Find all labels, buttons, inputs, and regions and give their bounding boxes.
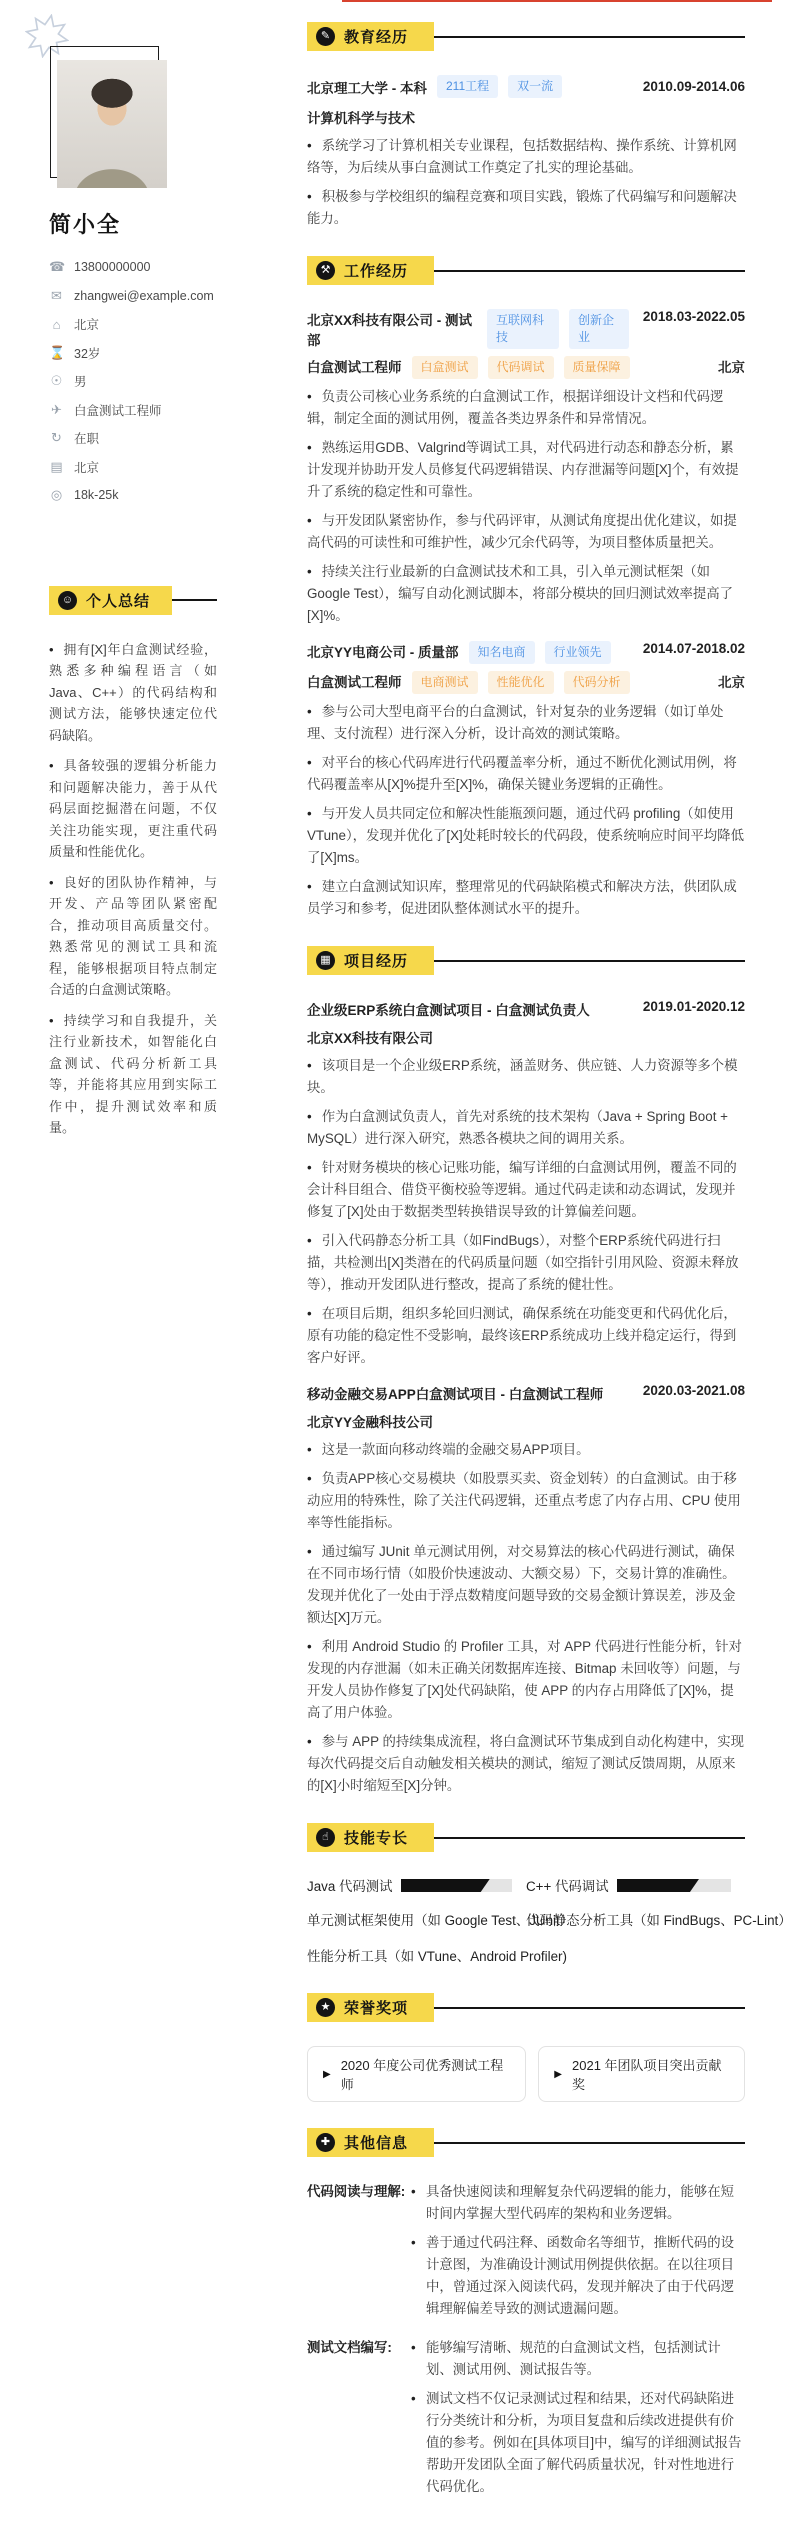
bullet-item: 拥有[X]年白盒测试经验，熟悉多种编程语言（如 Java、C++）的代码结构和测… (49, 639, 217, 747)
section-skills: ☝ 技能专长 Java 代码测试 C++ 代码调试 单元测试框架使用（如 Goo… (307, 1823, 745, 1967)
bullet-item: 利用 Android Studio 的 Profiler 工具，对 APP 代码… (307, 1636, 745, 1724)
bullet-item: 针对财务模块的核心记账功能，编写详细的白盒测试用例，覆盖不同的会计科目组合、借贷… (307, 1157, 745, 1223)
skill-bar-fill (617, 1879, 699, 1892)
bullet-item: 熟练运用GDB、Valgrind等调试工具，对代码进行动态和静态分析，累计发现并… (307, 437, 745, 503)
skill-bar-track (401, 1879, 512, 1892)
role-tag: 质量保障 (564, 356, 630, 379)
contact-age: ⌛ 32岁 (49, 339, 217, 368)
section-divider (434, 2007, 745, 2009)
contact-value: 18k-25k (74, 488, 118, 502)
bullet-item: 能够编写清晰、规范的白盒测试文档，包括测试计划、测试用例、测试报告等。 (411, 2337, 745, 2381)
other-info-content: 具备快速阅读和理解复杂代码逻辑的能力，能够在短时间内掌握大型代码库的架构和业务逻… (411, 2181, 745, 2327)
contact-value: 男 (74, 372, 87, 390)
bullet-item: 具备较强的逻辑分析能力和问题解决能力，善于从代码层面挖掘潜在问题，不仅关注功能实… (49, 755, 217, 863)
section-badge: ⚒ 工作经历 (307, 256, 434, 285)
skill-label: Java 代码测试 (307, 1876, 393, 1895)
bullet-item: 负责APP核心交易模块（如股票买卖、资金划转）的白盒测试。由于移动应用的特殊性，… (307, 1468, 745, 1534)
project-name: 企业级ERP系统白盒测试项目 - 白盒测试负责人 (307, 999, 590, 1019)
project-date: 2020.03-2021.08 (643, 1383, 745, 1398)
section-title: 其他信息 (344, 2132, 408, 2153)
bullet-item: 对平台的核心代码库进行代码覆盖率分析，通过不断优化测试用例，将代码覆盖率从[X]… (307, 752, 745, 796)
section-badge: ✚ 其他信息 (307, 2128, 434, 2157)
skill-bar-row: Java 代码测试 C++ 代码调试 (307, 1876, 745, 1895)
main-column: ✎ 教育经历 北京理工大学 - 本科 211工程 双一流 2010.09-201… (307, 22, 745, 2531)
section-badge: ☺ 个人总结 (49, 586, 172, 615)
company-tag: 行业领先 (545, 641, 611, 664)
contact-email: ✉ zhangwei@example.com (49, 282, 217, 311)
profile-photo (57, 60, 167, 188)
project-entry: 企业级ERP系统白盒测试项目 - 白盒测试负责人 2019.01-2020.12… (307, 999, 745, 1369)
job-entry: 北京XX科技有限公司 - 测试部 互联网科技 创新企业 2018.03-2022… (307, 309, 745, 627)
project-company: 北京YY金融科技公司 (307, 1411, 745, 1431)
mail-icon: ✉ (49, 288, 64, 304)
section-header: ★ 荣誉奖项 (307, 1993, 745, 2022)
briefcase-icon: ⚒ (316, 261, 335, 280)
education-icon: ✎ (316, 27, 335, 46)
school-tag: 双一流 (508, 75, 562, 98)
status-icon: ↻ (49, 430, 64, 446)
award-list: ▶ 2020 年度公司优秀测试工程师 ▶ 2021 年团队项目突出贡献奖 (307, 2046, 745, 2102)
contact-value: zhangwei@example.com (74, 289, 214, 303)
grid-icon: ▦ (316, 951, 335, 970)
project-header-row: 移动金融交易APP白盒测试项目 - 白盒测试工程师 2020.03-2021.0… (307, 1383, 745, 1403)
bullet-item: 积极参与学校组织的编程竞赛和项目实践，锻炼了代码编写和问题解决能力。 (307, 186, 745, 230)
bullet-item: 作为白盒测试负责人，首先对系统的技术架构（Java + Spring Boot … (307, 1106, 745, 1150)
bullet-item: 善于通过代码注释、函数命名等细节，推断代码的设计意图，为准确设计测试用例提供依据… (411, 2232, 745, 2320)
contact-gender: ☉ 男 (49, 367, 217, 396)
bullet-item: 通过编写 JUnit 单元测试用例，对交易算法的核心代码进行测试，确保在不同市场… (307, 1541, 745, 1629)
company-name: 北京YY电商公司 - 质量部 (307, 641, 459, 661)
section-divider (434, 270, 745, 272)
skill-label: 性能分析工具（如 VTune、Android Profiler) (307, 1946, 567, 1965)
role-tag: 性能优化 (488, 671, 554, 694)
bullet-item: 测试文档不仅记录测试过程和结果，还对代码缺陷进行分类统计和分析，为项目复盘和后续… (411, 2388, 745, 2498)
job-role-row: 白盒测试工程师 电商测试 性能优化 代码分析 北京 (307, 671, 745, 694)
other-info-label: 测试文档编写: (307, 2337, 411, 2505)
company-tag: 创新企业 (569, 309, 629, 349)
contact-job-title: ✈ 白盒测试工程师 (49, 396, 217, 425)
gender-icon: ☉ (49, 373, 64, 389)
section-badge: ☝ 技能专长 (307, 1823, 434, 1852)
page-top-marker-line (342, 0, 772, 2)
other-info-entry: 测试文档编写: 能够编写清晰、规范的白盒测试文档，包括测试计划、测试用例、测试报… (307, 2337, 745, 2505)
bullet-item: 参与 APP 的持续集成流程，将白盒测试环节集成到自动化构建中，实现每次代码提交… (307, 1731, 745, 1797)
project-entry: 移动金融交易APP白盒测试项目 - 白盒测试工程师 2020.03-2021.0… (307, 1383, 745, 1797)
bullet-item: 参与公司大型电商平台的白盒测试，针对复杂的业务逻辑（如订单处理、支付流程）进行深… (307, 701, 745, 745)
age-icon: ⌛ (49, 345, 64, 361)
skill-item: Java 代码测试 (307, 1876, 526, 1895)
skill-text-row: 单元测试框架使用（如 Google Test、JUnit） 代码静态分析工具（如… (307, 1910, 745, 1931)
city-icon: ▤ (49, 459, 64, 475)
bullet-item: 具备快速阅读和理解复杂代码逻辑的能力，能够在短时间内掌握大型代码库的架构和业务逻… (411, 2181, 745, 2225)
other-info-entry: 代码阅读与理解: 具备快速阅读和理解复杂代码逻辑的能力，能够在短时间内掌握大型代… (307, 2181, 745, 2327)
award-pill: ▶ 2020 年度公司优秀测试工程师 (307, 2046, 526, 2102)
other-info-label: 代码阅读与理解: (307, 2181, 411, 2327)
skill-label: 代码静态分析工具（如 FindBugs、PC-Lint） (526, 1910, 792, 1929)
section-honors: ★ 荣誉奖项 ▶ 2020 年度公司优秀测试工程师 ▶ 2021 年团队项目突出… (307, 1993, 745, 2102)
company-tag: 知名电商 (469, 641, 535, 664)
education-entry-header: 北京理工大学 - 本科 211工程 双一流 2010.09-2014.06 (307, 75, 745, 98)
phone-icon: ☎ (49, 259, 64, 275)
project-company: 北京XX科技有限公司 (307, 1027, 745, 1047)
major-name: 计算机科学与技术 (307, 107, 745, 127)
award-text: 2020 年度公司优秀测试工程师 (341, 2055, 511, 2093)
job-title-icon: ✈ (49, 402, 64, 418)
skill-label: C++ 代码调试 (526, 1876, 609, 1895)
play-icon: ▶ (323, 2069, 331, 2080)
section-title: 个人总结 (86, 590, 150, 611)
contact-value: 13800000000 (74, 260, 150, 274)
bullet-item: 该项目是一个企业级ERP系统，涵盖财务、供应链、人力资源等多个模块。 (307, 1055, 745, 1099)
skill-bar-fill (401, 1879, 490, 1892)
section-personal-summary: ☺ 个人总结 拥有[X]年白盒测试经验，熟悉多种编程语言（如 Java、C++）… (49, 586, 217, 1139)
section-header: ⚒ 工作经历 (307, 256, 745, 285)
section-other-info: ✚ 其他信息 代码阅读与理解: 具备快速阅读和理解复杂代码逻辑的能力，能够在短时… (307, 2128, 745, 2505)
school-tag: 211工程 (437, 75, 498, 98)
section-divider (172, 599, 217, 601)
section-badge: ▦ 项目经历 (307, 946, 434, 975)
company-name: 北京XX科技有限公司 - 测试部 (307, 309, 477, 349)
section-divider (434, 2142, 745, 2144)
job-location: 北京 (718, 671, 745, 691)
company-tag: 互联网科技 (487, 309, 559, 349)
location-icon: ⌂ (49, 317, 64, 332)
role-tag: 代码分析 (564, 671, 630, 694)
award-pill: ▶ 2021 年团队项目突出贡献奖 (538, 2046, 745, 2102)
photo-block (49, 0, 217, 192)
project-name: 移动金融交易APP白盒测试项目 - 白盒测试工程师 (307, 1383, 603, 1403)
bullet-item: 与开发团队紧密协作，参与代码评审，从测试角度提出优化建议，如提高代码的可读性和可… (307, 510, 745, 554)
job-date: 2014.07-2018.02 (643, 641, 745, 656)
section-divider (434, 960, 745, 962)
section-header: ▦ 项目经历 (307, 946, 745, 975)
contact-value: 北京 (74, 315, 99, 333)
section-header: ✚ 其他信息 (307, 2128, 745, 2157)
bullet-item: 与开发人员共同定位和解决性能瓶颈问题，通过代码 profiling（如使用 VT… (307, 803, 745, 869)
contact-value: 在职 (74, 429, 99, 447)
section-badge: ★ 荣誉奖项 (307, 1993, 434, 2022)
role-tag: 代码调试 (488, 356, 554, 379)
section-title: 项目经历 (344, 950, 408, 971)
contact-location: ⌂ 北京 (49, 310, 217, 339)
section-header: ✎ 教育经历 (307, 22, 745, 51)
section-education: ✎ 教育经历 北京理工大学 - 本科 211工程 双一流 2010.09-201… (307, 22, 745, 230)
award-text: 2021 年团队项目突出贡献奖 (572, 2055, 729, 2093)
section-title: 教育经历 (344, 26, 408, 47)
skill-bar-track (617, 1879, 731, 1892)
section-divider (434, 36, 745, 38)
job-header-row: 北京YY电商公司 - 质量部 知名电商 行业领先 2014.07-2018.02 (307, 641, 745, 664)
bullet-item: 持续关注行业最新的白盒测试技术和工具，引入单元测试框架（如Google Test… (307, 561, 745, 627)
bullet-item: 良好的团队协作精神，与开发、产品等团队紧密配合，推动项目高质量交付。熟悉常见的测… (49, 872, 217, 1001)
other-info-content: 能够编写清晰、规范的白盒测试文档，包括测试计划、测试用例、测试报告等。 测试文档… (411, 2337, 745, 2505)
bullet-item: 引入代码静态分析工具（如FindBugs），对整个ERP系统代码进行扫描，共检测… (307, 1230, 745, 1296)
bullet-item: 持续学习和自我提升，关注行业新技术，如智能化白盒测试、代码分析新工具等，并能将其… (49, 1010, 217, 1139)
bullet-item: 系统学习了计算机相关专业课程，包括数据结构、操作系统、计算机网络等，为后续从事白… (307, 135, 745, 179)
contact-list: ☎ 13800000000 ✉ zhangwei@example.com ⌂ 北… (49, 253, 217, 510)
section-divider (434, 1837, 745, 1839)
person-icon: ☺ (58, 591, 77, 610)
project-date: 2019.01-2020.12 (643, 999, 745, 1014)
section-projects: ▦ 项目经历 企业级ERP系统白盒测试项目 - 白盒测试负责人 2019.01-… (307, 946, 745, 1797)
salary-icon: ◎ (49, 487, 64, 503)
contact-city: ▤ 北京 (49, 453, 217, 482)
school-name: 北京理工大学 - 本科 (307, 77, 427, 97)
person-name: 简小全 (49, 208, 217, 239)
bullet-item: 建立白盒测试知识库，整理常见的代码缺陷模式和解决方法，供团队成员学习和参考，促进… (307, 876, 745, 920)
section-title: 工作经历 (344, 260, 408, 281)
project-header-row: 企业级ERP系统白盒测试项目 - 白盒测试负责人 2019.01-2020.12 (307, 999, 745, 1019)
contact-value: 32岁 (74, 344, 100, 362)
job-header-row: 北京XX科技有限公司 - 测试部 互联网科技 创新企业 2018.03-2022… (307, 309, 745, 349)
flower-icon: ✚ (316, 2133, 335, 2152)
role-tag: 电商测试 (412, 671, 478, 694)
education-date: 2010.09-2014.06 (643, 79, 745, 94)
contact-value: 白盒测试工程师 (74, 401, 162, 419)
thumbs-up-icon: ☝ (316, 1828, 335, 1847)
section-work: ⚒ 工作经历 北京XX科技有限公司 - 测试部 互联网科技 创新企业 2018.… (307, 256, 745, 920)
job-role: 白盒测试工程师 (307, 671, 402, 691)
skill-text-row: 性能分析工具（如 VTune、Android Profiler) (307, 1946, 745, 1967)
bullet-item: 在项目后期，组织多轮回归测试，确保系统在功能变更和代码优化后，原有功能的稳定性不… (307, 1303, 745, 1369)
contact-salary: ◎ 18k-25k (49, 481, 217, 510)
job-role-row: 白盒测试工程师 白盒测试 代码调试 质量保障 北京 (307, 356, 745, 379)
bullet-item: 这是一款面向移动终端的金融交易APP项目。 (307, 1439, 745, 1461)
job-location: 北京 (718, 356, 745, 376)
medal-icon: ★ (316, 1998, 335, 2017)
skill-item: C++ 代码调试 (526, 1876, 745, 1895)
section-title: 荣誉奖项 (344, 1997, 408, 2018)
section-header: ☺ 个人总结 (49, 586, 217, 615)
bullet-item: 负责公司核心业务系统的白盒测试工作，根据详细设计文档和代码逻辑，制定全面的测试用… (307, 386, 745, 430)
role-tag: 白盒测试 (412, 356, 478, 379)
play-icon: ▶ (554, 2069, 562, 2080)
job-date: 2018.03-2022.05 (643, 309, 745, 324)
contact-value: 北京 (74, 458, 99, 476)
contact-status: ↻ 在职 (49, 424, 217, 453)
job-entry: 北京YY电商公司 - 质量部 知名电商 行业领先 2014.07-2018.02… (307, 641, 745, 920)
section-header: ☝ 技能专长 (307, 1823, 745, 1852)
sidebar: 简小全 ☎ 13800000000 ✉ zhangwei@example.com… (49, 0, 217, 1148)
section-title: 技能专长 (344, 1827, 408, 1848)
job-role: 白盒测试工程师 (307, 356, 402, 376)
contact-phone: ☎ 13800000000 (49, 253, 217, 282)
section-badge: ✎ 教育经历 (307, 22, 434, 51)
